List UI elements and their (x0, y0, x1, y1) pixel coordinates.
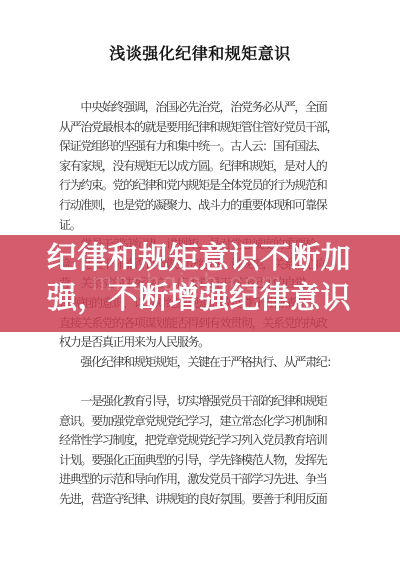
text-line: 经常性学习制度，把党章党规党纪学习列入党员教育培训 (59, 431, 359, 451)
paragraph-key-statement: 强化纪律和规矩规矩，关键在于严格执行、从严肃纪： (59, 353, 359, 373)
text-line: 家有家规，没有规矩无以成方圆。纪律和规矩，是对人的 (59, 157, 359, 177)
text-line: 意识。要加强党章党规党纪学习，建立常态化学习机制和 (59, 412, 359, 432)
headline-line-1: 纪律和规矩意识不断加 (47, 242, 387, 276)
document-page: 浅谈强化纪律和规矩意识 中央始终强调，治国必先治党，治党务必从严，全面从严治党最… (0, 0, 400, 566)
text-line: 强化纪律和规矩规矩，关键在于严格执行、从严肃纪： (59, 353, 359, 373)
text-line: 一是强化教育引导，切实增强党员干部的纪律和规矩 (59, 392, 359, 412)
text-line: 中央始终强调，治国必先治党，治党务必从严，全面 (59, 98, 359, 118)
text-line: 证。 (59, 216, 359, 236)
paragraph-education-guidance: 一是强化教育引导，切实增强党员干部的纪律和规矩意识。要加强党章党规党纪学习，建立… (59, 392, 359, 510)
text-line: 行动准则，也是党的凝聚力、战斗力的重要体现和可靠保 (59, 196, 359, 216)
text-line: 进典型的示范和导向作用，激发党员干部学习先进、争当 (59, 470, 359, 490)
document-title: 浅谈强化纪律和规矩意识 (0, 44, 400, 66)
paragraph-intro: 中央始终强调，治国必先治党，治党务必从严，全面从严治党最根本的就是要用纪律和规矩… (59, 98, 359, 235)
text-line: 行为约束。党的纪律和党内规矩是全体党员的行为规范和 (59, 176, 359, 196)
text-line: 从严治党最根本的就是要用纪律和规矩管住管好党员干部， (59, 118, 359, 138)
text-line: 先进，营造守纪律、讲规矩的良好氛围。要善于利用反面 (59, 490, 359, 510)
text-line: 计划。要强化正面典型的引导，学先锋模范人物，发挥先 (59, 451, 359, 471)
headline-line-2: 强，不断增强纪律意识 (47, 282, 387, 316)
text-line: 保证党组织的坚强有力和集中统一。古人云：国有国法、 (59, 137, 359, 157)
text-line: 权力是否真正用来为人民服务。 (59, 333, 359, 353)
